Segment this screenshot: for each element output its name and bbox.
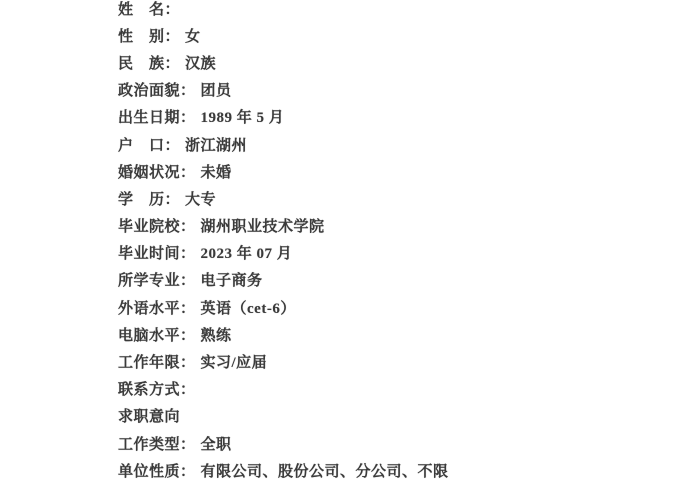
field-label: 单位性质： [118, 460, 196, 470]
field-label: 求职意向 [118, 405, 180, 426]
field-label: 毕业时间： [118, 242, 196, 263]
resume-document: 姓 名： 性 别： 女 民 族： 汉族 政治面貌： 团员 出生日期： 1989 … [118, 0, 700, 470]
field-value: 有限公司、股份公司、分公司、不限 [201, 460, 449, 470]
field-label: 所学专业： [118, 269, 196, 290]
field-row-foreign-language: 外语水平： 英语（cet-6） [118, 294, 700, 321]
field-row-marital-status: 婚姻状况： 未婚 [118, 158, 700, 185]
field-label: 联系方式： [118, 378, 196, 399]
field-value: 大专 [185, 188, 216, 209]
field-row-graduation-date: 毕业时间： 2023 年 07 月 [118, 239, 700, 266]
field-value: 电子商务 [201, 269, 263, 290]
field-row-ethnicity: 民 族： 汉族 [118, 49, 700, 76]
field-label: 电脑水平： [118, 324, 196, 345]
field-label: 毕业院校： [118, 215, 196, 236]
field-row-name: 姓 名： [118, 0, 700, 22]
field-value: 2023 年 07 月 [201, 242, 293, 263]
field-label: 民 族： [118, 52, 180, 73]
field-label: 外语水平： [118, 297, 196, 318]
field-row-education-level: 学 历： 大专 [118, 185, 700, 212]
field-value: 实习/应届 [201, 351, 268, 372]
field-row-job-type: 工作类型： 全职 [118, 430, 700, 457]
field-value: 浙江湖州 [185, 134, 247, 155]
field-row-graduate-school: 毕业院校： 湖州职业技术学院 [118, 212, 700, 239]
field-value: 女 [185, 25, 201, 46]
field-row-gender: 性 别： 女 [118, 22, 700, 49]
field-label: 工作年限： [118, 351, 196, 372]
field-row-contact: 联系方式： [118, 375, 700, 402]
field-value: 团员 [201, 79, 232, 100]
field-label: 户 口： [118, 134, 180, 155]
field-value: 湖州职业技术学院 [201, 215, 325, 236]
field-row-major: 所学专业： 电子商务 [118, 266, 700, 293]
field-label: 性 别： [118, 25, 180, 46]
field-row-household-registration: 户 口： 浙江湖州 [118, 130, 700, 157]
field-label: 出生日期： [118, 106, 196, 127]
field-row-computer-skill: 电脑水平： 熟练 [118, 321, 700, 348]
field-label: 姓 名： [118, 0, 180, 19]
field-value: 全职 [201, 433, 232, 454]
field-row-work-years: 工作年限： 实习/应届 [118, 348, 700, 375]
field-label: 工作类型： [118, 433, 196, 454]
section-header-job-intention: 求职意向 [118, 402, 700, 429]
field-label: 婚姻状况： [118, 161, 196, 182]
field-value: 未婚 [201, 161, 232, 182]
field-value: 熟练 [201, 324, 232, 345]
field-row-company-type: 单位性质： 有限公司、股份公司、分公司、不限 [118, 457, 700, 470]
field-value: 1989 年 5 月 [201, 106, 285, 127]
field-value: 汉族 [185, 52, 216, 73]
field-label: 政治面貌： [118, 79, 196, 100]
field-value: 英语（cet-6） [201, 297, 296, 318]
field-row-birth-date: 出生日期： 1989 年 5 月 [118, 103, 700, 130]
field-row-political-status: 政治面貌： 团员 [118, 76, 700, 103]
field-label: 学 历： [118, 188, 180, 209]
